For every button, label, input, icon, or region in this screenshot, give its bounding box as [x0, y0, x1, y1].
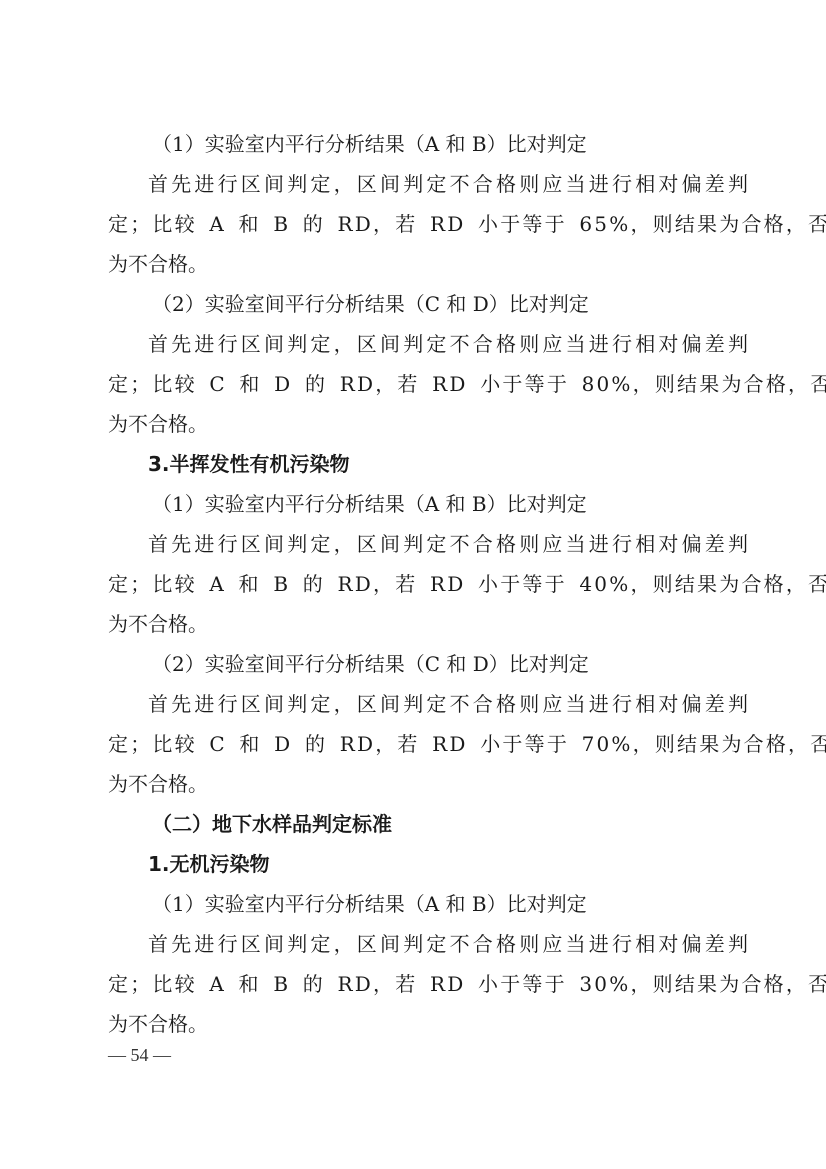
paragraph-line: 为不合格。: [108, 1004, 720, 1044]
paragraph-line: 定；比较 A 和 B 的 RD，若 RD 小于等于 40%，则结果为合格，否则: [108, 564, 720, 604]
document-page: （1）实验室内平行分析结果（A 和 B）比对判定 首先进行区间判定，区间判定不合…: [108, 124, 720, 1044]
paragraph-line: 首先进行区间判定，区间判定不合格则应当进行相对偏差判: [108, 924, 720, 964]
paragraph-line: 为不合格。: [108, 244, 720, 284]
paragraph-line: 定；比较 A 和 B 的 RD，若 RD 小于等于 30%，则结果为合格，否则: [108, 964, 720, 1004]
subsection-heading-soil-voc-intra-lab: （1）实验室内平行分析结果（A 和 B）比对判定: [108, 124, 720, 164]
chapter-heading-groundwater: （二）地下水样品判定标准: [108, 804, 720, 844]
subsection-heading-svoc-intra-lab: （1）实验室内平行分析结果（A 和 B）比对判定: [108, 484, 720, 524]
paragraph-line: 首先进行区间判定，区间判定不合格则应当进行相对偏差判: [108, 164, 720, 204]
paragraph-line: 定；比较 C 和 D 的 RD，若 RD 小于等于 70%，则结果为合格，否则: [108, 724, 720, 764]
subsection-heading-inorganic-intra-lab: （1）实验室内平行分析结果（A 和 B）比对判定: [108, 884, 720, 924]
paragraph-line: 定；比较 C 和 D 的 RD，若 RD 小于等于 80%，则结果为合格，否则: [108, 364, 720, 404]
paragraph-line: 首先进行区间判定，区间判定不合格则应当进行相对偏差判: [108, 684, 720, 724]
subsection-heading-svoc-inter-lab: （2）实验室间平行分析结果（C 和 D）比对判定: [108, 644, 720, 684]
paragraph-line: 首先进行区间判定，区间判定不合格则应当进行相对偏差判: [108, 524, 720, 564]
subsection-heading-soil-voc-inter-lab: （2）实验室间平行分析结果（C 和 D）比对判定: [108, 284, 720, 324]
paragraph-line: 为不合格。: [108, 604, 720, 644]
section-heading-svoc: 3.半挥发性有机污染物: [108, 444, 720, 484]
paragraph-line: 首先进行区间判定，区间判定不合格则应当进行相对偏差判: [108, 324, 720, 364]
paragraph-line: 定；比较 A 和 B 的 RD，若 RD 小于等于 65%，则结果为合格，否则: [108, 204, 720, 244]
page-number: — 54 —: [108, 1042, 171, 1068]
paragraph-line: 为不合格。: [108, 764, 720, 804]
section-heading-inorganic: 1.无机污染物: [108, 844, 720, 884]
paragraph-line: 为不合格。: [108, 404, 720, 444]
